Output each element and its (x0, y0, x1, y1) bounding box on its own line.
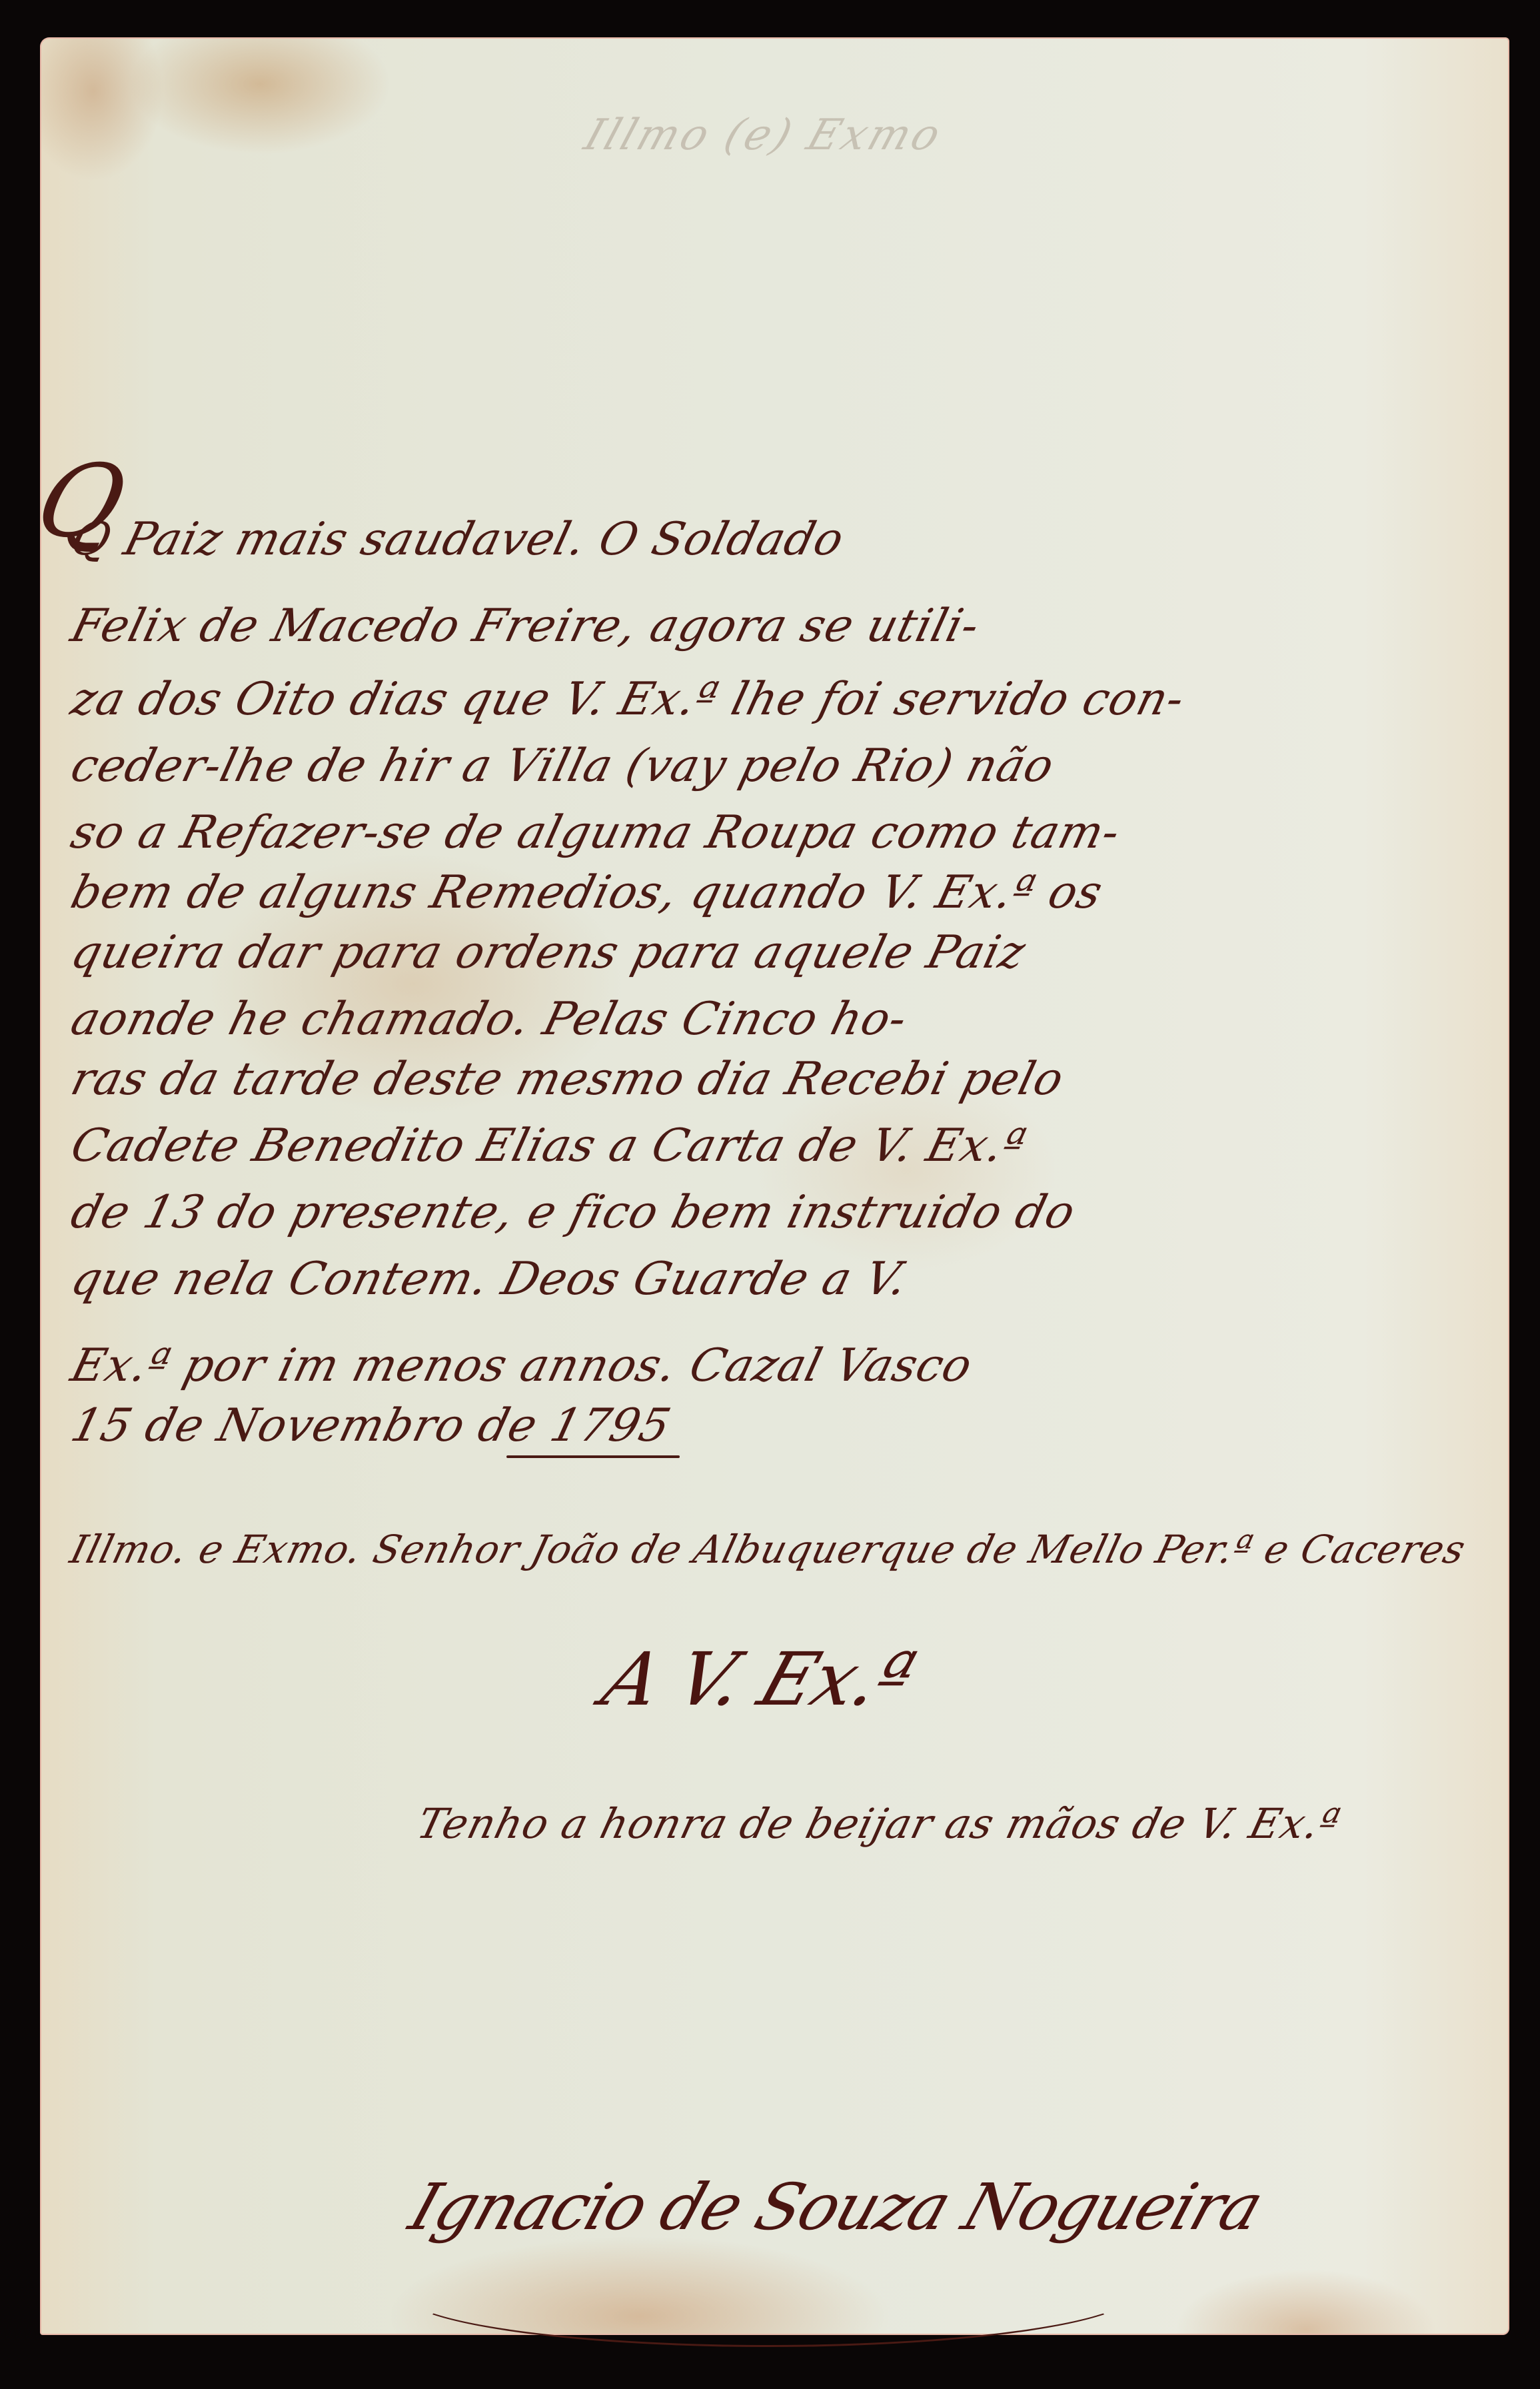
body-line-12: que nela Contem. Deos Guarde a V. (67, 1257, 912, 1302)
body-line-2: Felix de Macedo Freire, agora se utili- (67, 604, 984, 649)
body-line-8: aonde he chamado. Pelas Cinco ho- (67, 997, 912, 1042)
date-underline (506, 1455, 680, 1458)
signature-flourish (400, 2236, 1137, 2347)
faint-header-text: Illmo (e) Exmo (578, 111, 949, 160)
body-line-6: bem de alguns Remedios, quando V. Ex.ª o… (67, 870, 1107, 916)
addressee-line: Illmo. e Exmo. Senhor João de Albuquerqu… (67, 1530, 1469, 1569)
signature: Ignacio de Souza Nogueira (401, 2170, 1271, 2244)
body-line-7: queira dar para ordens para aquele Paiz (67, 930, 1030, 976)
body-line-3: za dos Oito dias que V. Ex.ª lhe foi ser… (67, 677, 1189, 722)
body-line-13: Ex.ª por im menos annos. Cazal Vasco (67, 1343, 977, 1389)
body-line-4: ceder-lhe de hir a Villa (vay pelo Rio) … (67, 744, 1058, 789)
body-line-5: so a Refazer-se de alguma Roupa como tam… (67, 810, 1125, 856)
body-line-9: ras da tarde deste mesmo dia Recebi pelo (67, 1057, 1068, 1102)
body-line-10: Cadete Benedito Elias a Carta de V. Ex.ª (67, 1124, 1031, 1169)
body-line-1: Q Paiz mais saudavel. O Soldado (67, 517, 848, 562)
closing-abbreviation: A V. Ex.ª (592, 1637, 924, 1722)
letter-page: Illmo (e) Exmo Q Q Paiz mais saudavel. O… (40, 37, 1509, 2335)
closing-formula: Tenho a honra de beijar as mãos de V. Ex… (413, 1803, 1345, 1845)
date-line: 15 de Novembro de 1795 (67, 1403, 675, 1449)
body-line-11: de 13 do presente, e fico bem instruido … (67, 1190, 1080, 1235)
